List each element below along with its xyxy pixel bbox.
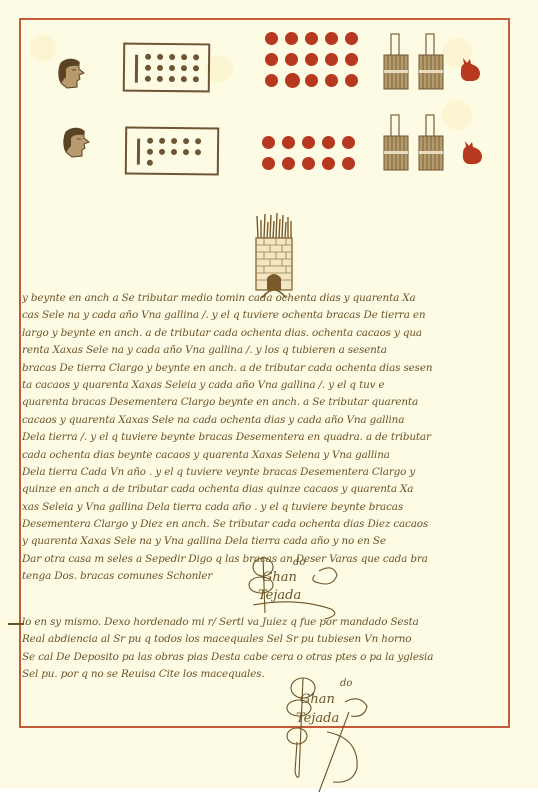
tally-bar — [135, 55, 138, 83]
cacao-bean-icon — [305, 74, 318, 87]
basket-icon — [383, 114, 409, 172]
text-line: Se cal De Deposito pa las obras pias Des… — [22, 649, 508, 666]
text-line: quarenta bracas Desementera Clargo beynt… — [22, 394, 508, 411]
cacao-bean-icon — [325, 74, 338, 87]
tally-glyph-row-1 — [123, 43, 211, 93]
text-line: bracas De tierra Clargo y beynte en anch… — [22, 360, 508, 377]
tally-bar — [137, 139, 140, 165]
cacao-bean-icon — [345, 74, 358, 87]
text-line: Desementera Clargo y Diez en anch. Se tr… — [22, 516, 508, 533]
cacao-bean-icon — [322, 136, 335, 149]
text-line: cas Sele na y cada año Vna gallina /. y … — [22, 307, 508, 324]
cacao-bean-icon — [302, 157, 315, 170]
cacao-bean-icon — [345, 53, 358, 66]
tribute-text-paragraph-1: y beynte en anch a Se tributar medio tom… — [22, 290, 508, 586]
cacao-bean-icon — [265, 53, 278, 66]
cacao-bean-icon — [282, 157, 295, 170]
signature-flourish — [275, 672, 385, 792]
cacao-bean-icon — [342, 136, 355, 149]
basket-icon — [418, 33, 444, 91]
text-line: tenga Dos. bracas comunes Schonler — [22, 568, 262, 585]
rabbit-icon — [460, 140, 484, 166]
cacao-bean-icon — [345, 32, 358, 45]
cacao-bean-icon — [302, 136, 315, 149]
cacao-bean-icon — [262, 136, 275, 149]
text-line: cacaos y quarenta Xaxas Sele na cada och… — [22, 412, 508, 429]
basket-icon — [418, 114, 444, 172]
text-line: cada ochenta dias beynte cacaos y quaren… — [22, 447, 508, 464]
cacao-bean-icon — [265, 32, 278, 45]
cacao-bean-icon — [285, 53, 298, 66]
text-line: Dela tierra /. y el q tuviere beynte bra… — [22, 429, 508, 446]
cacao-bean-icon — [285, 32, 298, 45]
person-head-icon — [60, 126, 90, 158]
text-line: ta cacaos y quarenta Xaxas Seleia y cada… — [22, 377, 508, 394]
text-line: y beynte en anch a Se tributar medio tom… — [22, 290, 508, 307]
cacao-bean-icon — [285, 73, 300, 88]
text-line: renta Xaxas Sele na y cada año Vna galli… — [22, 342, 508, 359]
cacao-bean-icon — [282, 136, 295, 149]
cacao-bean-icon — [305, 32, 318, 45]
person-head-icon — [55, 57, 85, 89]
cacao-bean-icon — [325, 32, 338, 45]
cacao-bean-icon — [262, 157, 275, 170]
cacao-bean-icon — [342, 157, 355, 170]
text-line: largo y beynte en anch. a de tributar ca… — [22, 325, 508, 342]
text-line: Real abdiencia al Sr pu q todos los mace… — [22, 631, 508, 648]
text-line: Dela tierra Cada Vn año . y el q tuviere… — [22, 464, 508, 481]
cacao-bean-icon — [265, 74, 278, 87]
cacao-bean-icon — [325, 53, 338, 66]
tribute-text-paragraph-2: lo en sy mismo. Dexo hordenado mi r/ Ser… — [22, 614, 508, 684]
cacao-beans-row-1 — [265, 32, 358, 88]
tally-dots — [147, 138, 201, 167]
rabbit-icon — [458, 57, 482, 83]
tally-glyph-row-2 — [125, 127, 219, 176]
text-line: xas Seleia y Vna gallina Dela tierra cad… — [22, 499, 508, 516]
text-line: quinze en anch a de tributar cada ochent… — [22, 481, 508, 498]
manuscript-page: y beynte en anch a Se tributar medio tom… — [0, 0, 538, 788]
text-line: y quarenta Xaxas Sele na y Vna gallina D… — [22, 533, 508, 550]
tally-dots — [145, 54, 199, 83]
cacao-beans-row-2 — [262, 136, 355, 170]
cacao-bean-icon — [322, 157, 335, 170]
text-line: lo en sy mismo. Dexo hordenado mi r/ Ser… — [22, 614, 508, 631]
lime-kiln-icon — [250, 212, 298, 300]
cacao-bean-icon — [305, 53, 318, 66]
basket-icon — [383, 33, 409, 91]
